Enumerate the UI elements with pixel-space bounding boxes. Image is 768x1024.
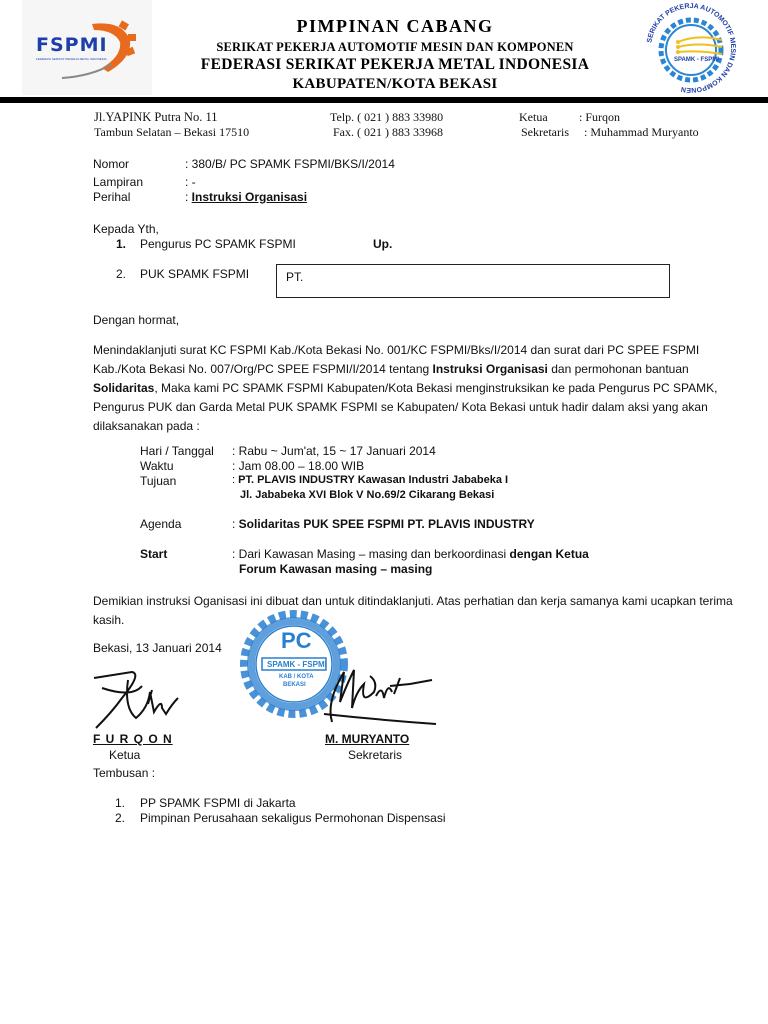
recipient-1-attention: Up.: [373, 237, 392, 251]
perihal-subject: Instruksi Organisasi: [192, 190, 307, 204]
signature-right-icon: [320, 662, 440, 728]
spamk-logo-center-text: SPAMK - FSPMI: [674, 57, 719, 63]
agenda-text: Solidaritas PUK SPEE FSPMI PT. PLAVIS IN…: [239, 517, 535, 531]
body-text-bold: Solidaritas: [93, 381, 154, 395]
tujuan-value: : PT. PLAVIS INDUSTRY Kawasan Industri J…: [232, 474, 508, 486]
spamk-gear-icon: SERIKAT PEKERJA AUTOMOTIF MESIN DAN KOMP…: [638, 2, 744, 94]
recipient-2-label: PUK SPAMK FSPMI: [140, 267, 249, 281]
recipient-1-number: 1.: [116, 237, 126, 251]
agenda-value: : Solidaritas PUK SPEE FSPMI PT. PLAVIS …: [232, 517, 535, 531]
tujuan-line-2: Jl. Jababeka XVI Blok V No.69/2 Cikarang…: [240, 489, 494, 501]
recipient-intro: Kepada Yth,: [93, 222, 159, 236]
tujuan-line-1: PT. PLAVIS INDUSTRY Kawasan Industri Jab…: [238, 474, 508, 486]
start-line-2: Forum Kawasan masing – masing: [239, 562, 432, 576]
address-line-1: Jl.YAPINK Putra No. 11: [94, 110, 218, 125]
signatory-right-title: Sekretaris: [348, 748, 402, 762]
perihal-label: Perihal: [93, 190, 130, 204]
place-date: Bekasi, 13 Januari 2014: [93, 641, 222, 655]
cc-label: Tembusan :: [93, 766, 155, 780]
cc-item-1-number: 1.: [115, 796, 125, 810]
letterhead-union-name: SERIKAT PEKERJA AUTOMOTIF MESIN DAN KOMP…: [150, 40, 640, 55]
body-text: dan permohonan bantuan: [548, 362, 689, 376]
stamp-top-text: PC: [281, 628, 312, 654]
ketua-value: : Furqon: [579, 110, 620, 125]
body-text: , Maka kami PC SPAMK FSPMI Kabupaten/Kot…: [93, 381, 718, 433]
recipient-1-label: Pengurus PC SPAMK FSPMI: [140, 237, 296, 251]
spamk-logo: SERIKAT PEKERJA AUTOMOTIF MESIN DAN KOMP…: [638, 2, 744, 94]
start-label: Start: [140, 547, 167, 561]
letterhead-title: PIMPINAN CABANG: [150, 16, 640, 37]
cc-item-1: PP SPAMK FSPMI di Jakarta: [140, 796, 296, 810]
telephone: Telp. ( 021 ) 883 33980: [330, 110, 443, 125]
sekretaris-label: Sekretaris: [521, 125, 569, 140]
fspmi-logo-subtext: FEDERASI SERIKAT PEKERJA METAL INDONESIA: [36, 57, 107, 61]
nomor-label: Nomor: [93, 157, 129, 171]
closing-paragraph: Demikian instruksi Oganisasi ini dibuat …: [93, 592, 733, 630]
body-paragraph: Menindaklanjuti surat KC FSPMI Kab./Kota…: [93, 341, 733, 436]
fax: Fax. ( 021 ) 883 33968: [333, 125, 443, 140]
company-name-value: PT.: [286, 270, 303, 284]
signatory-right-name: M. MURYANTO: [325, 732, 409, 746]
recipient-2-number: 2.: [116, 267, 126, 281]
start-text-bold: dengan Ketua: [509, 547, 588, 561]
perihal-value: : Instruksi Organisasi: [185, 190, 307, 204]
perihal-colon: :: [185, 190, 192, 204]
lampiran-label: Lampiran: [93, 175, 143, 189]
agenda-label: Agenda: [140, 517, 181, 531]
fspmi-logo: FSPMI FEDERASI SERIKAT PEKERJA METAL IND…: [22, 0, 152, 95]
ketua-label: Ketua: [519, 110, 548, 125]
waktu-label: Waktu: [140, 459, 174, 473]
letterhead-divider: [0, 97, 768, 103]
stamp-band-text: SPAMK - FSPMI: [267, 660, 327, 669]
start-value: : Dari Kawasan Masing – masing dan berko…: [232, 547, 589, 561]
fspmi-logo-text: FSPMI: [36, 34, 108, 56]
hari-label: Hari / Tanggal: [140, 444, 214, 458]
tujuan-label: Tujuan: [140, 474, 176, 488]
agenda-colon: :: [232, 517, 239, 531]
address-line-2: Tambun Selatan – Bekasi 17510: [94, 125, 249, 140]
cc-item-2: Pimpinan Perusahaan sekaligus Permohonan…: [140, 811, 446, 825]
letterhead-region: KABUPATEN/KOTA BEKASI: [150, 76, 640, 93]
company-name-box: PT.: [276, 264, 670, 298]
greeting: Dengan hormat,: [93, 313, 179, 327]
stamp-line-2: BEKASI: [283, 682, 306, 688]
nomor-value: : 380/B/ PC SPAMK FSPMI/BKS/I/2014: [185, 157, 395, 171]
body-text-bold: Instruksi Organisasi: [433, 362, 548, 376]
stamp-line-1: KAB / KOTA: [279, 674, 314, 680]
start-text: : Dari Kawasan Masing – masing dan berko…: [232, 547, 509, 561]
signatory-left-name: F U R Q O N: [93, 732, 173, 746]
lampiran-value: : -: [185, 175, 196, 189]
hari-value: : Rabu ~ Jum'at, 15 ~ 17 Januari 2014: [232, 444, 436, 458]
signature-left-icon: [92, 668, 192, 732]
letterhead-federation-name: FEDERASI SERIKAT PEKERJA METAL INDONESIA: [150, 56, 640, 74]
waktu-value: : Jam 08.00 – 18.00 WIB: [232, 459, 364, 473]
sekretaris-value: : Muhammad Muryanto: [584, 125, 699, 140]
signatory-left-title: Ketua: [109, 748, 140, 762]
cc-item-2-number: 2.: [115, 811, 125, 825]
